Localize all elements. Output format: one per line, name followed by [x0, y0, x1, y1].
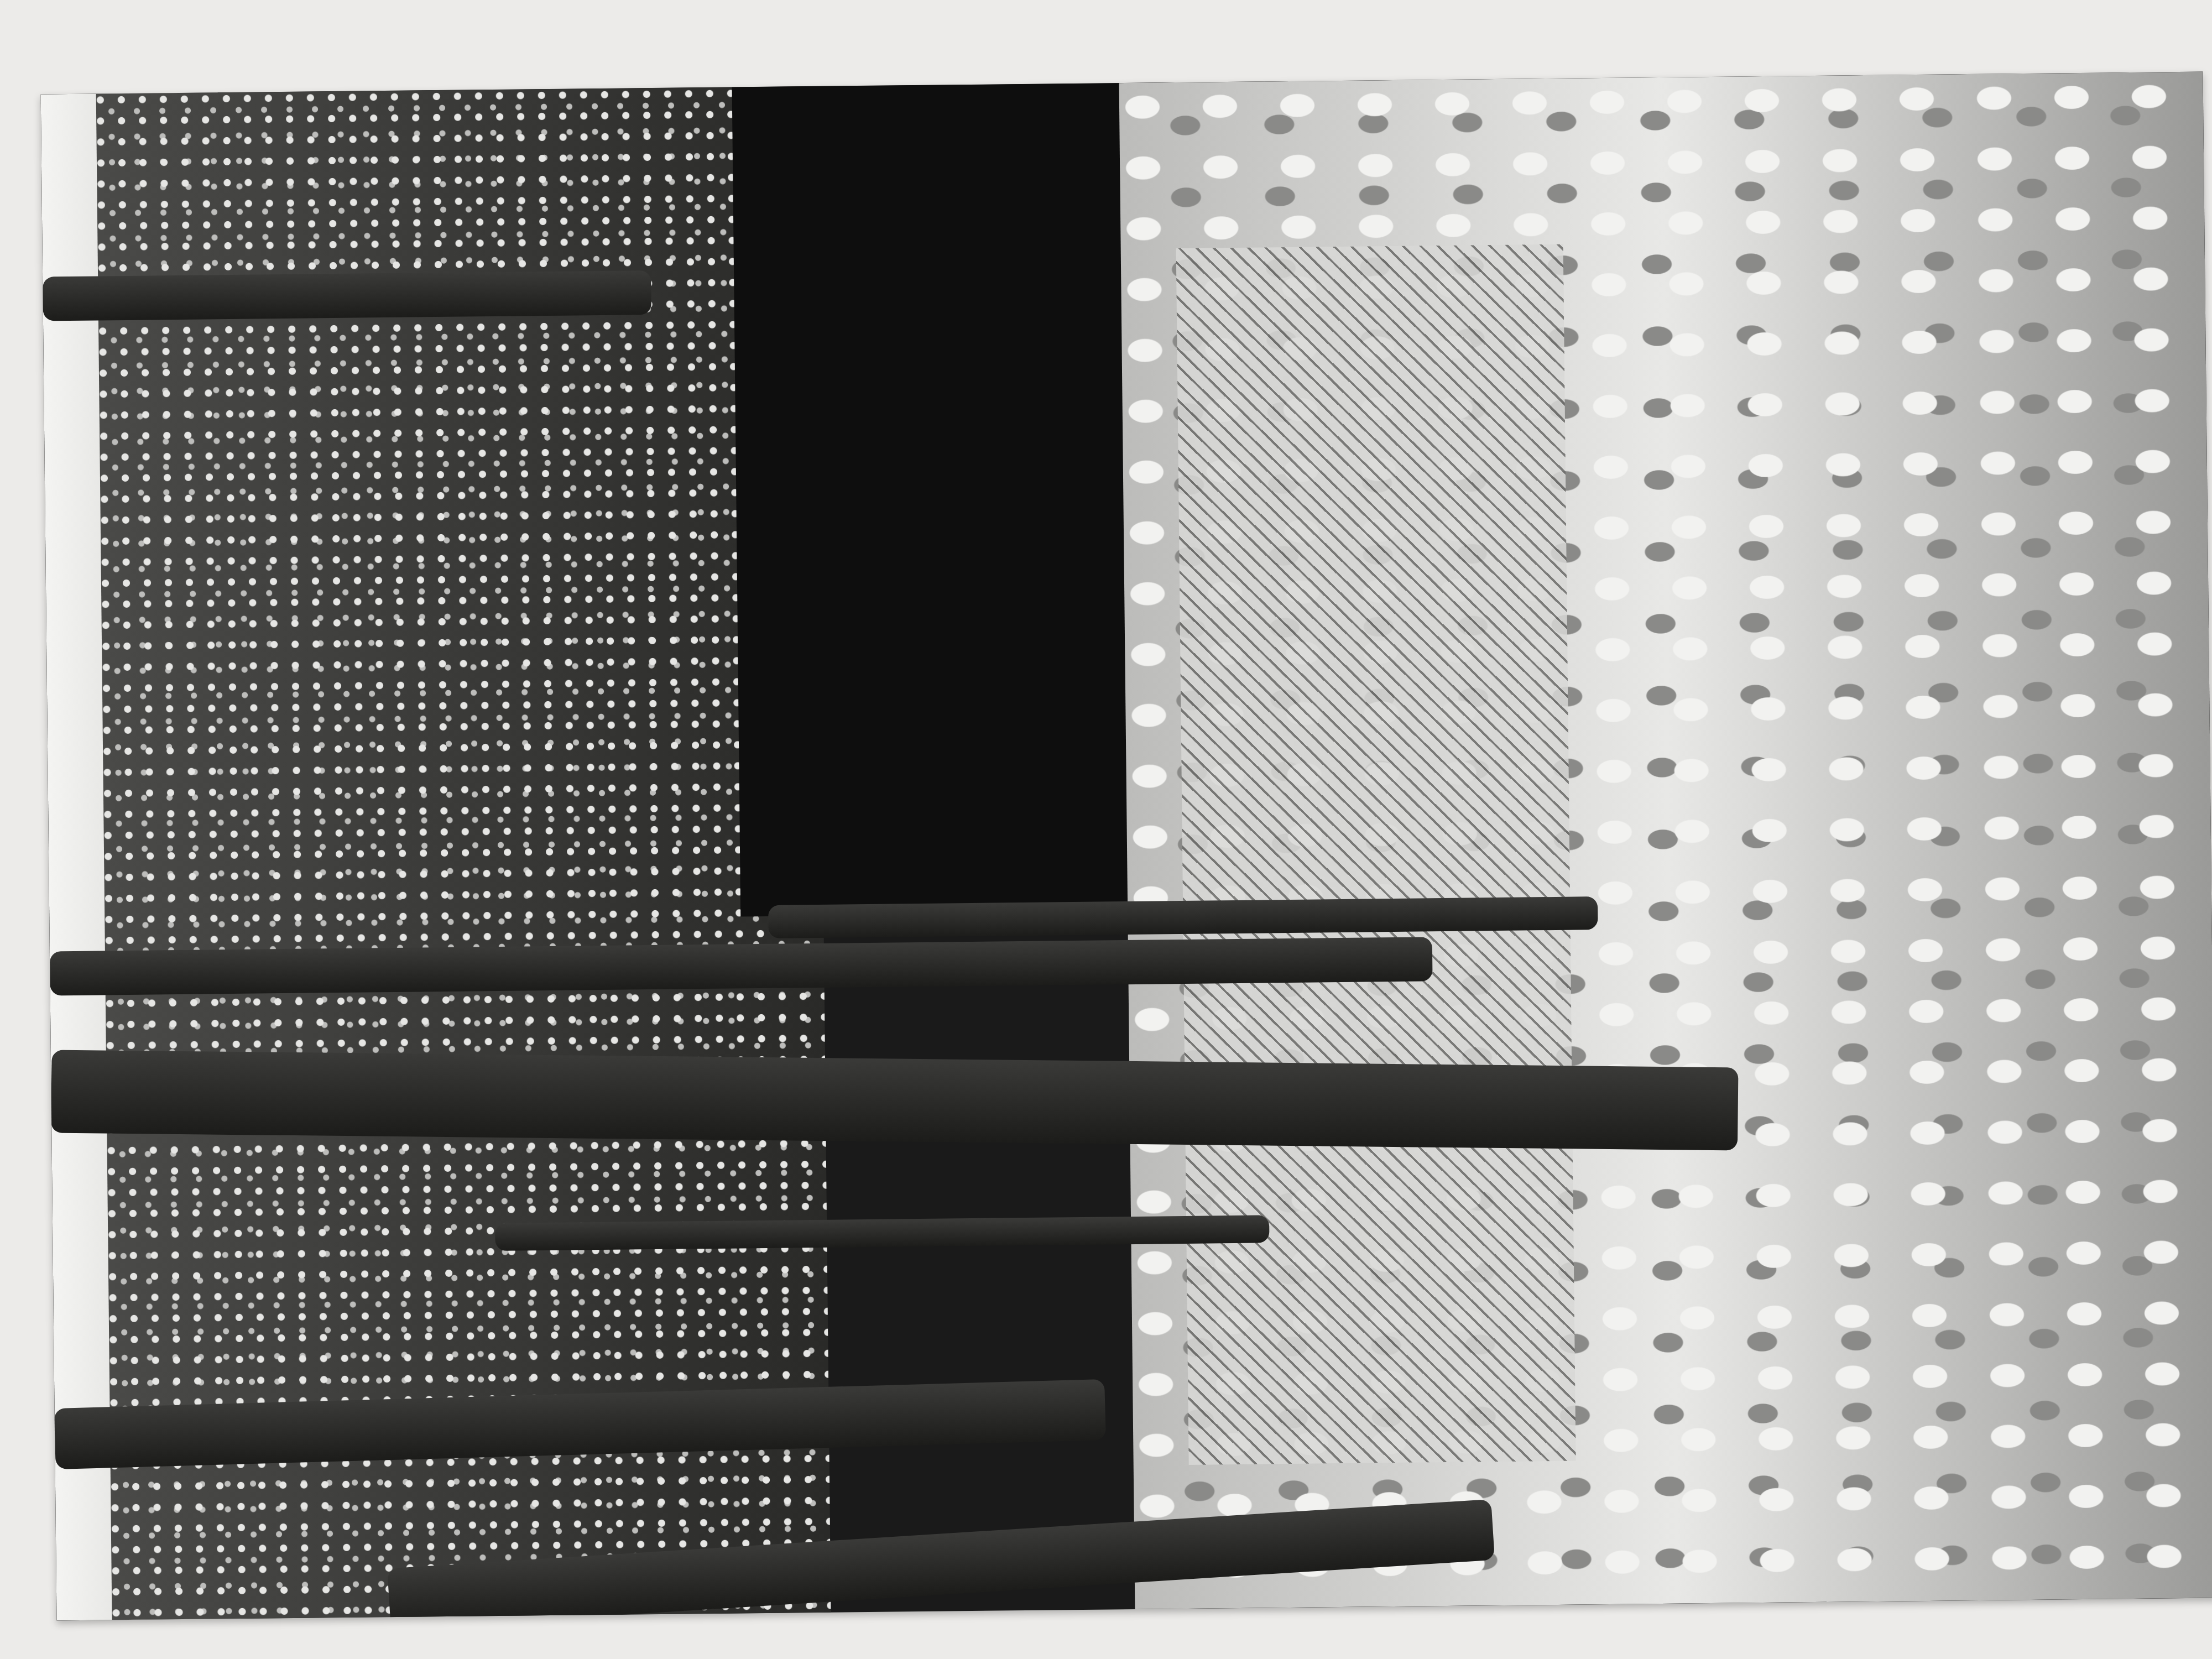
photo-print	[41, 72, 2212, 1621]
image-description: Photograph of a black-and-white photo pr…	[0, 0, 1, 1]
tree-trunk	[51, 1050, 1738, 1151]
stone-wall	[1176, 244, 1576, 1465]
wooden-post	[43, 270, 651, 321]
